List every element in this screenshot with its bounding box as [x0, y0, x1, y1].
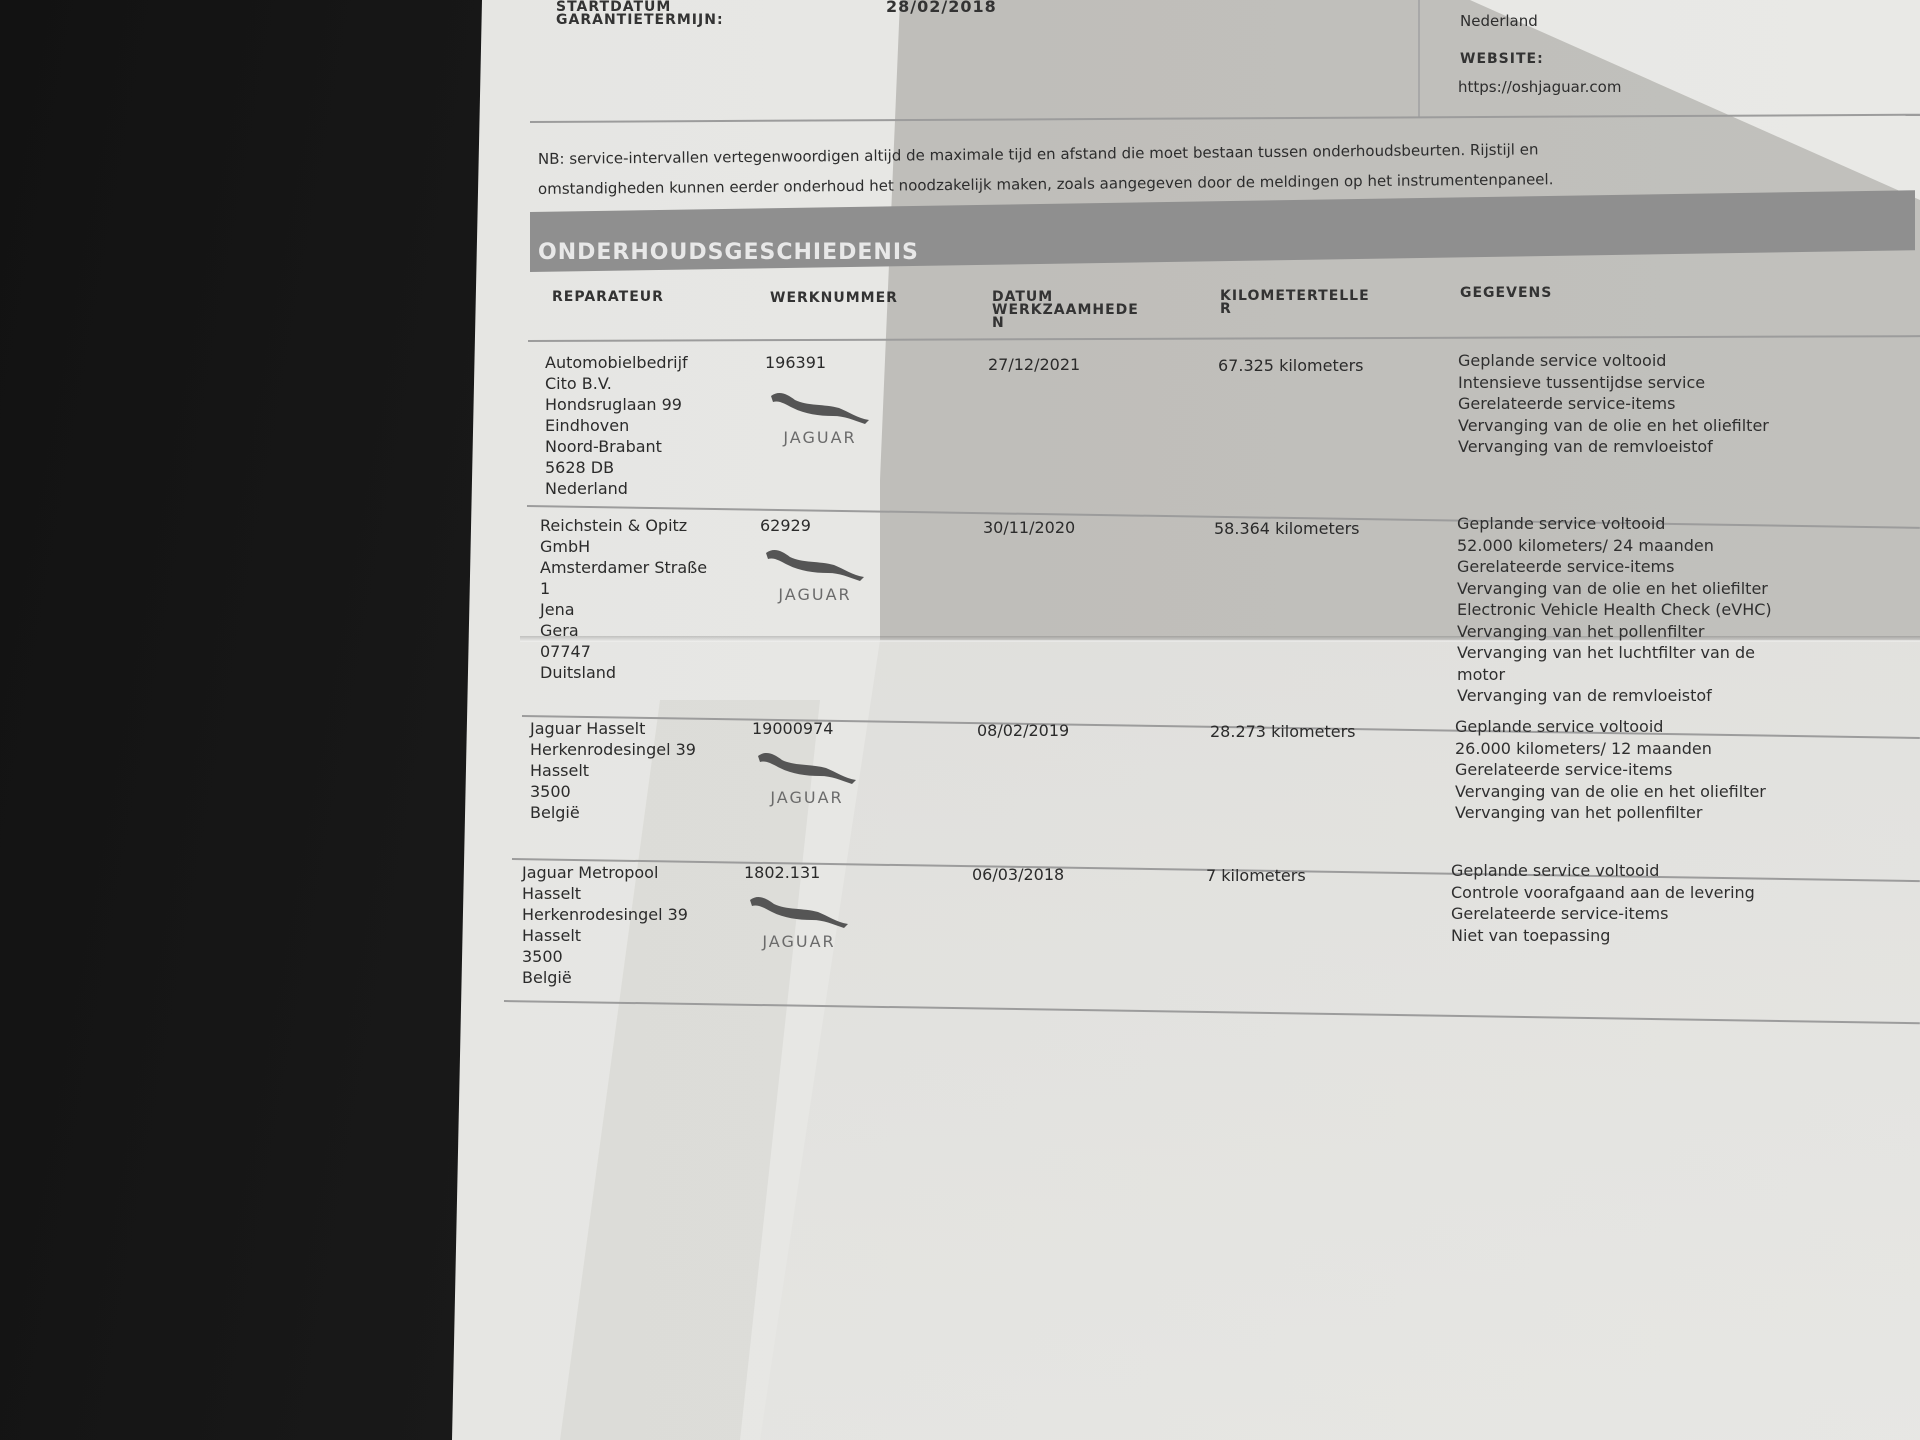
jaguar-leaper-icon [760, 545, 870, 585]
col-header-odometer: KILOMETERTELLE R [1220, 290, 1370, 316]
col-header-repairer: REPARATEUR [552, 290, 664, 304]
jaguar-leaper-icon [744, 892, 854, 932]
service-date: 06/03/2018 [972, 864, 1064, 885]
service-detail-item: 52.000 kilometers/ 24 maanden [1457, 535, 1714, 557]
jaguar-leaper-icon [752, 748, 862, 788]
start-date-label-line2: GARANTIETERMIJN: [556, 13, 724, 27]
odometer-reading: 67.325 kilometers [1218, 355, 1363, 376]
jaguar-wordmark: JAGUAR [752, 788, 862, 807]
repairer-line: 1 [540, 578, 550, 599]
repairer-line: GmbH [540, 536, 590, 557]
service-date: 30/11/2020 [983, 517, 1075, 538]
repairer-line: 3500 [530, 781, 571, 802]
repairer-line: Hasselt [530, 760, 589, 781]
service-detail-item: Vervanging van de olie en het oliefilter [1455, 781, 1766, 803]
service-detail-item: Gerelateerde service-items [1451, 903, 1668, 925]
col-header-date: DATUM WERKZAAMHEDE N [992, 291, 1139, 330]
repairer-line: Herkenrodesingel 39 [522, 904, 688, 925]
dealer-country: Nederland [1460, 12, 1538, 30]
jaguar-logo: JAGUAR [752, 748, 872, 818]
service-detail-item: Gerelateerde service-items [1458, 393, 1675, 415]
repairer-line: Cito B.V. [545, 373, 612, 394]
jaguar-wordmark: JAGUAR [760, 585, 870, 604]
work-number: 62929 [760, 515, 811, 536]
jaguar-wordmark: JAGUAR [744, 932, 854, 951]
repairer-line: Hondsruglaan 99 [545, 394, 682, 415]
col-header-details: GEGEVENS [1460, 286, 1552, 300]
service-detail-item: Vervanging van de remvloeistof [1457, 685, 1712, 707]
repairer-line: 3500 [522, 946, 563, 967]
info-divider [1418, 0, 1420, 118]
service-detail-item: motor [1457, 664, 1505, 686]
service-detail-item: Gerelateerde service-items [1457, 556, 1674, 578]
repairer-line: Jaguar Hasselt [530, 718, 645, 739]
repairer-line: Eindhoven [545, 415, 629, 436]
service-detail-item: 26.000 kilometers/ 12 maanden [1455, 738, 1712, 760]
section-title: ONDERHOUDSGESCHIEDENIS [538, 240, 919, 265]
service-detail-item: Geplande service voltooid [1458, 350, 1666, 372]
odometer-reading: 28.273 kilometers [1210, 721, 1355, 742]
repairer-line: Automobielbedrijf [545, 352, 688, 373]
repairer-line: België [530, 802, 580, 823]
repairer-line: 5628 DB [545, 457, 614, 478]
jaguar-leaper-icon [765, 388, 875, 428]
col-header-work-number: WERKNUMMER [770, 291, 898, 305]
work-number: 1802.131 [744, 862, 820, 883]
service-detail-item: Vervanging van het pollenfilter [1455, 802, 1702, 824]
work-number: 196391 [765, 352, 826, 373]
repairer-line: Duitsland [540, 662, 616, 683]
jaguar-wordmark: JAGUAR [765, 428, 875, 447]
service-detail-item: Vervanging van de remvloeistof [1458, 436, 1713, 458]
service-detail-item: Geplande service voltooid [1455, 716, 1663, 738]
service-detail-item: Niet van toepassing [1451, 925, 1610, 947]
service-detail-item: Controle voorafgaand aan de levering [1451, 882, 1755, 904]
repairer-line: Reichstein & Opitz [540, 515, 687, 536]
service-detail-item: Vervanging van de olie en het oliefilter [1457, 578, 1768, 600]
service-detail-item: Electronic Vehicle Health Check (eVHC) [1457, 599, 1772, 621]
website-label: WEBSITE: [1460, 52, 1544, 66]
repairer-line: Hasselt [522, 925, 581, 946]
repairer-line: Noord-Brabant [545, 436, 662, 457]
repairer-line: 07747 [540, 641, 591, 662]
odometer-reading: 7 kilometers [1206, 865, 1306, 886]
repairer-line: Gera [540, 620, 579, 641]
service-detail-item: Vervanging van het luchtfilter van de [1457, 642, 1755, 664]
jaguar-logo: JAGUAR [760, 545, 880, 615]
service-detail-item: Geplande service voltooid [1457, 513, 1665, 535]
repairer-line: Hasselt [522, 883, 581, 904]
service-detail-item: Vervanging van het pollenfilter [1457, 621, 1704, 643]
jaguar-logo: JAGUAR [744, 892, 864, 962]
service-detail-item: Intensieve tussentijdse service [1458, 372, 1705, 394]
website-link[interactable]: https://oshjaguar.com [1458, 78, 1621, 96]
work-number: 19000974 [752, 718, 833, 739]
repairer-line: Jaguar Metropool [522, 862, 658, 883]
repairer-line: Herkenrodesingel 39 [530, 739, 696, 760]
service-detail-item: Vervanging van de olie en het oliefilter [1458, 415, 1769, 437]
repairer-line: Jena [540, 599, 575, 620]
jaguar-logo: JAGUAR [765, 388, 885, 458]
service-detail-item: Gerelateerde service-items [1455, 759, 1672, 781]
service-date: 08/02/2019 [977, 720, 1069, 741]
repairer-line: België [522, 967, 572, 988]
service-date: 27/12/2021 [988, 354, 1080, 375]
repairer-line: Amsterdamer Straße [540, 557, 707, 578]
repairer-line: Nederland [545, 478, 628, 499]
odometer-reading: 58.364 kilometers [1214, 518, 1359, 539]
start-date-value: 28/02/2018 [886, 0, 997, 14]
service-detail-item: Geplande service voltooid [1451, 860, 1659, 882]
